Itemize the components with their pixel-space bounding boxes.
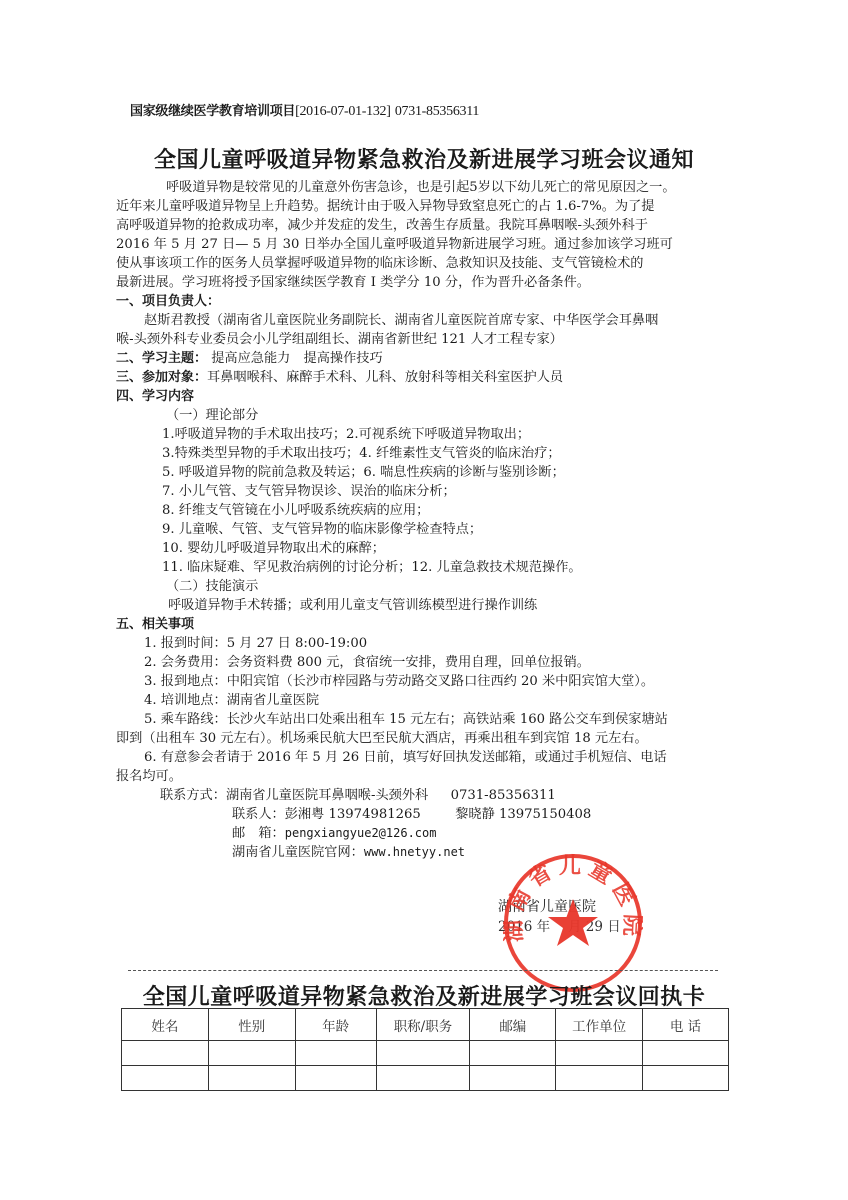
- theory-item: 5. 呼吸道异物的院前急救及转运；6. 喘息性疾病的诊断与鉴别诊断；: [116, 463, 736, 482]
- table-cell[interactable]: [122, 1066, 209, 1091]
- person1-phone: 13974981265: [329, 807, 421, 822]
- table-cell[interactable]: [643, 1041, 729, 1066]
- official-seal-icon: 湖南省儿童医院: [503, 853, 643, 993]
- leader-line: 喉-头颈外科专业委员会小儿学组副组长、湖南省新世纪 121 人才工程专家）: [116, 330, 736, 349]
- matters-item: 1. 报到时间：5 月 27 日 8:00-19:00: [116, 634, 736, 653]
- matters-item: 6. 有意参会者请于 2016 年 5 月 26 日前，填写好回执发送邮箱，或通…: [116, 748, 736, 767]
- theory-item: 11. 临床疑难、罕见救治病例的讨论分析；12. 儿童急救技术规范操作。: [116, 558, 736, 577]
- reply-card-table: 姓名 性别 年龄 职称/职务 邮编 工作单位 电 话: [121, 1008, 729, 1091]
- table-cell[interactable]: [376, 1066, 470, 1091]
- section-heading-audience: 三、参加对象：: [116, 370, 207, 385]
- skill-heading: （二）技能演示: [116, 577, 736, 596]
- intro-line: 最新进展。学习班将授予国家继续医学教育 I 类学分 10 分，作为晋升必备条件。: [116, 273, 736, 292]
- person2-name: 黎晓静: [455, 807, 495, 822]
- contact-email-line: 邮 箱：pengxiangyue2@126.com: [116, 824, 736, 843]
- person1-name: 彭湘粤: [285, 807, 325, 822]
- table-row: [122, 1066, 729, 1091]
- table-cell[interactable]: [556, 1066, 643, 1091]
- theory-item: 3.特殊类型异物的手术取出技巧；4. 纤维素性支气管炎的临床治疗；: [116, 444, 736, 463]
- reply-card-title: 全国儿童呼吸道异物紧急救治及新进展学习班会议回执卡: [0, 980, 848, 1011]
- skill-content: 呼吸道异物手术转播；或利用儿童支气管训练模型进行操作训练: [116, 596, 736, 615]
- theory-item: 1.呼吸道异物的手术取出技巧；2.可视系统下呼吸道异物取出；: [116, 425, 736, 444]
- table-header-row: 姓名 性别 年龄 职称/职务 邮编 工作单位 电 话: [122, 1009, 729, 1041]
- theory-heading: （一）理论部分: [116, 406, 736, 425]
- column-header-postcode: 邮编: [470, 1009, 556, 1041]
- theory-item: 7. 小儿气管、支气管异物误诊、误治的临床分析；: [116, 482, 736, 501]
- section-heading-leader: 一、项目负责人：: [116, 292, 736, 311]
- cut-line-divider: [128, 970, 718, 971]
- matters-item: 2. 会务费用：会务资料费 800 元，食宿统一安排，费用自理，回单位报销。: [116, 653, 736, 672]
- column-header-phone: 电 话: [643, 1009, 729, 1041]
- project-label: 国家级继续医学教育培训项目: [130, 104, 295, 119]
- column-header-title: 职称/职务: [376, 1009, 470, 1041]
- column-header-name: 姓名: [122, 1009, 209, 1041]
- contact-website-line: 湖南省儿童医院官网：www.hnetyy.net: [116, 843, 736, 862]
- column-header-age: 年龄: [295, 1009, 376, 1041]
- contact-label: 联系方式：: [160, 788, 226, 803]
- intro-line: 高呼吸道异物的抢救成功率，减少并发症的发生，改善生存质量。我院耳鼻咽喉-头颈外科…: [116, 216, 736, 235]
- theory-item: 8. 纤维支气管镜在小儿呼吸系统疾病的应用；: [116, 501, 736, 520]
- theory-item: 10. 婴幼儿呼吸道异物取出术的麻醉；: [116, 539, 736, 558]
- matters-item: 4. 培训地点：湖南省儿童医院: [116, 691, 736, 710]
- theory-item: 9. 儿童喉、气管、支气管异物的临床影像学检查特点；: [116, 520, 736, 539]
- column-header-workplace: 工作单位: [556, 1009, 643, 1041]
- matters-item: 报名均可。: [116, 767, 736, 786]
- table-row: [122, 1041, 729, 1066]
- matters-item: 3. 报到地点：中阳宾馆（长沙市梓园路与劳动路交叉路口往西约 20 米中阳宾馆大…: [116, 672, 736, 691]
- audience-content: 耳鼻咽喉科、麻醉手术科、儿科、放射科等相关科室医护人员: [207, 370, 563, 385]
- table-cell[interactable]: [295, 1066, 376, 1091]
- section-audience: 三、参加对象：耳鼻咽喉科、麻醉手术科、儿科、放射科等相关科室医护人员: [116, 368, 736, 387]
- notice-title: 全国儿童呼吸道异物紧急救治及新进展学习班会议通知: [0, 143, 848, 174]
- intro-line: 使从事该项工作的医务人员掌握呼吸道异物的临床诊断、急救知识及技能、支气管镜检术的: [116, 254, 736, 273]
- table-cell[interactable]: [208, 1041, 295, 1066]
- section-heading-matters: 五、相关事项: [116, 615, 736, 634]
- table-cell[interactable]: [556, 1041, 643, 1066]
- project-header: 国家级继续医学教育培训项目[2016-07-01-132] 0731-85356…: [130, 100, 479, 120]
- intro-line: 呼吸道异物是较常见的儿童意外伤害急诊，也是引起5岁以下幼儿死亡的常见原因之一。: [116, 178, 736, 197]
- matters-item: 5. 乘车路线：长沙火车站出口处乘出租车 15 元左右；高铁站乘 160 路公交…: [116, 710, 736, 729]
- section-heading-content: 四、学习内容: [116, 387, 736, 406]
- contact-phone: 0731-85356311: [451, 788, 556, 803]
- matters-item: 即到（出租车 30 元左右）。机场乘民航大巴至民航大酒店，再乘出租车到宾馆 18…: [116, 729, 736, 748]
- website-link[interactable]: www.hnetyy.net: [364, 845, 465, 859]
- leader-line: 赵斯君教授（湖南省儿童医院业务副院长、湖南省儿童医院首席专家、中华医学会耳鼻咽: [116, 311, 736, 330]
- email-link[interactable]: pengxiangyue2@126.com: [285, 826, 437, 840]
- table-cell[interactable]: [376, 1041, 470, 1066]
- intro-line: 近年来儿童呼吸道异物呈上升趋势。据统计由于吸入异物导致窒息死亡的占 1.6-7%…: [116, 197, 736, 216]
- table-cell[interactable]: [122, 1041, 209, 1066]
- table-cell[interactable]: [470, 1041, 556, 1066]
- theme-content: 提高应急能力 提高操作技巧: [211, 351, 382, 366]
- person2-phone: 13975150408: [499, 807, 591, 822]
- website-label: 湖南省儿童医院官网：: [232, 845, 364, 860]
- contact-line: 联系方式：湖南省儿童医院耳鼻咽喉-头颈外科 0731-85356311: [116, 786, 736, 805]
- persons-label: 联系人：: [232, 807, 285, 822]
- contact-persons: 联系人：彭湘粤 13974981265 黎晓静 13975150408: [116, 805, 736, 824]
- notice-body: 呼吸道异物是较常见的儿童意外伤害急诊，也是引起5岁以下幼儿死亡的常见原因之一。 …: [116, 178, 736, 862]
- column-header-gender: 性别: [208, 1009, 295, 1041]
- project-code: [2016-07-01-132]: [295, 104, 391, 119]
- header-phone: 0731-85356311: [395, 104, 479, 119]
- table-cell[interactable]: [295, 1041, 376, 1066]
- email-label: 邮 箱：: [232, 826, 285, 841]
- section-heading-theme: 二、学习主题：: [116, 351, 207, 366]
- table-cell[interactable]: [470, 1066, 556, 1091]
- table-cell[interactable]: [208, 1066, 295, 1091]
- table-cell[interactable]: [643, 1066, 729, 1091]
- section-theme: 二、学习主题： 提高应急能力 提高操作技巧: [116, 349, 736, 368]
- intro-line: 2016 年 5 月 27 日— 5 月 30 日举办全国儿童呼吸道异物新进展学…: [116, 235, 736, 254]
- contact-department: 湖南省儿童医院耳鼻咽喉-头颈外科: [226, 788, 428, 803]
